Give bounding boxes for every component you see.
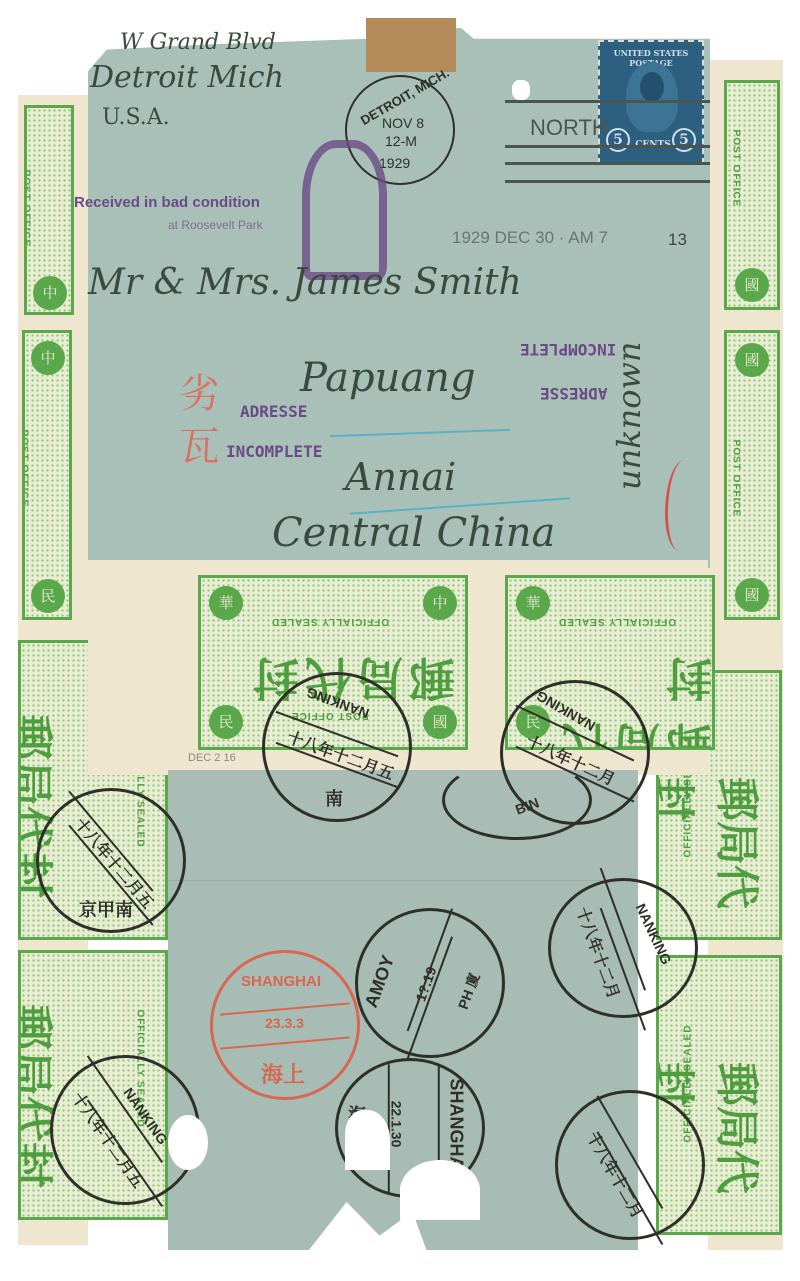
nanking-postmark-1: NANKING 十八年十二月五 南 [262,672,412,822]
official-seal-stamp-left-2: POST OFFICE 中 民 [22,330,72,620]
adresse-stamp-left: ADRESSE [240,402,307,421]
torn-hole [400,1160,480,1220]
incomplete-stamp-left: INCOMPLETE [226,442,322,461]
unknown-annotation: unknown [610,342,648,490]
address-line-1: Mr & Mrs. James Smith [88,262,522,303]
receiving-date-mark: 1929 DEC 30 · AM 7 [452,228,608,248]
shanghai-red-postmark: SHANGHAI 23.3.3 上海 [210,950,360,1100]
brown-tape [366,18,456,72]
stamp-face [640,72,664,102]
bad-condition-stamp-2: at Roosevelt Park [168,218,263,232]
torn-hole [345,1110,390,1170]
amoy-postmark: AMOY 1?.19 PH 廈 [355,908,505,1058]
red-chinese-annotation: 劣 瓦 [168,372,225,465]
nanking-postmark-6: 十八年十二月 [555,1090,705,1240]
partial-postmark-bin: BIN [442,760,592,840]
machine-cancel-line [505,162,710,165]
return-address-line-3: U.S.A. [102,105,170,130]
incomplete-stamp-right: INCOMPLETE [520,340,616,359]
torn-hole [168,1115,208,1170]
violet-handstamp-blob [302,140,387,280]
official-seal-stamp-right-1: POST OFFICE 國 [724,80,780,310]
address-line-4: Central China [272,510,555,556]
official-seal-stamp-right-2: POST OFFICE 國 國 [724,330,780,620]
receiving-date-extra: 13 [668,230,687,250]
adresse-stamp-right: ADRESSE [540,384,607,403]
machine-cancel-line [505,145,710,148]
return-address-line-2: Detroit Mich [90,60,284,95]
machine-cancel-text: NORTH [530,115,608,141]
partial-date-mark: DEC 2 16 [188,752,236,764]
punch-hole [512,80,530,100]
address-line-3: Annai [345,455,456,499]
machine-cancel-line [505,180,710,183]
address-line-2: Papuang [300,355,476,401]
nanking-postmark-3: 十八年十二月五 京甲南 [36,788,186,933]
return-address-line-1: W Grand Blvd [120,30,276,55]
nanking-postmark-4: NANKING 十八年十二月 [548,878,698,1018]
official-seal-stamp-left-1: POST OFFICE 中 [24,105,74,315]
machine-cancel-line [505,100,710,103]
bad-condition-stamp-1: Received in bad condition [74,194,260,211]
